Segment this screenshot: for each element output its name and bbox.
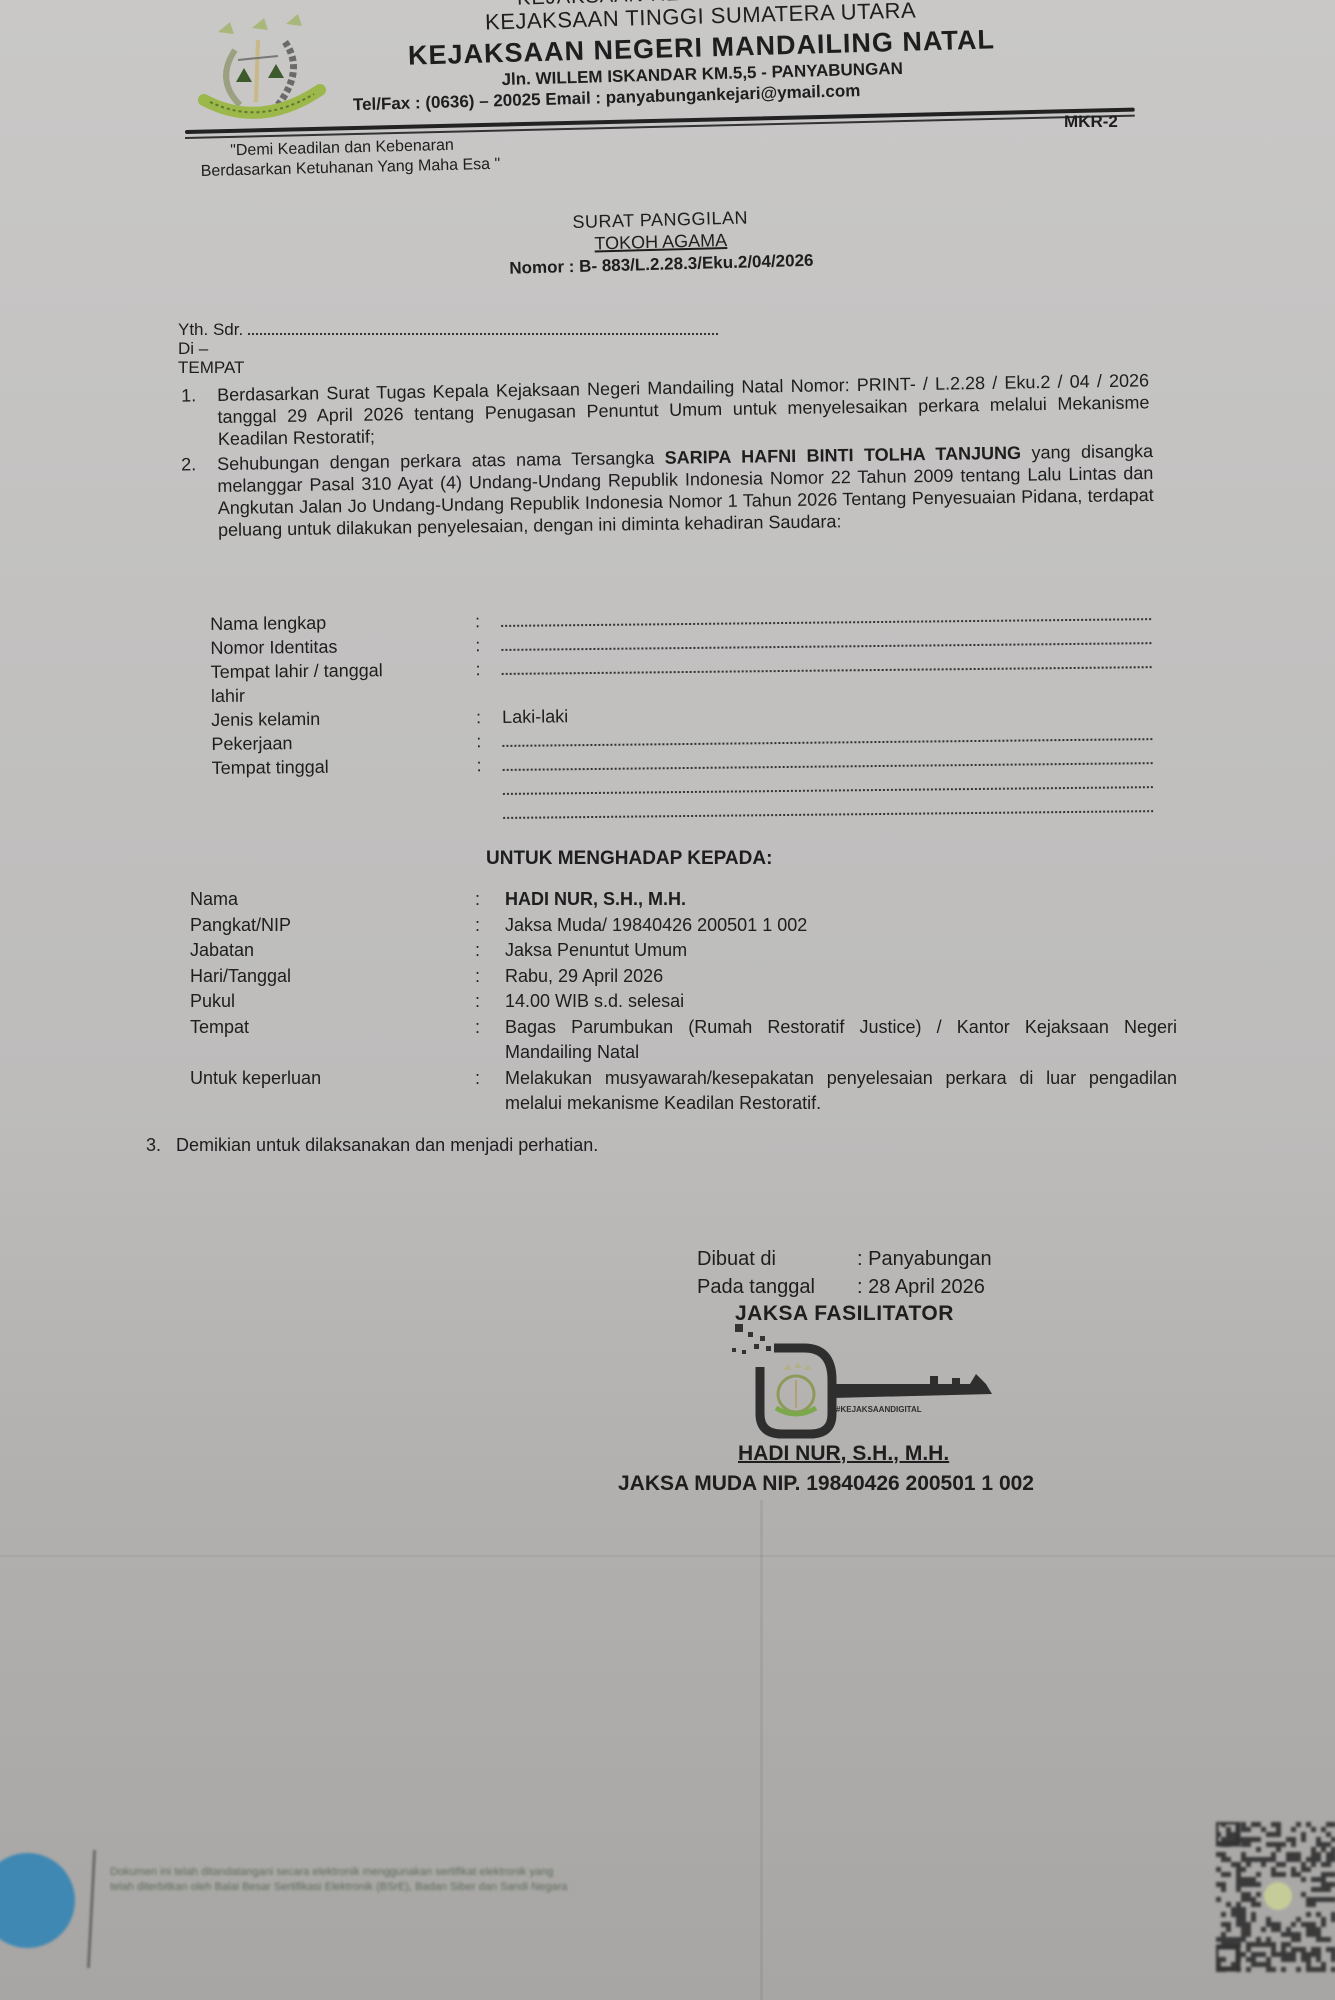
paragraph-1: 1. Berdasarkan Surat Tugas Kepala Kejaks…	[217, 369, 1150, 450]
paper-crease	[760, 1500, 763, 2000]
appointment-value: Bagas Parumbukan (Rumah Restoratif Justi…	[505, 1015, 1177, 1066]
signature-place-date: Dibuat di: Panyabungan Pada tanggal: 28 …	[697, 1245, 992, 1301]
appointment-label: Nama	[190, 887, 475, 913]
date-value: 28 April 2026	[868, 1273, 985, 1301]
paper-fold	[0, 1555, 1335, 1557]
colon: :	[475, 1066, 505, 1117]
appointment-row: Nama:HADI NUR, S.H., M.H.	[190, 887, 1177, 913]
form-code: MKR-2	[1064, 112, 1118, 132]
appointment-value: Jaksa Muda/ 19840426 200501 1 002	[505, 913, 1177, 939]
made-at-value: Panyabungan	[868, 1245, 991, 1273]
appointment-value: Melakukan musyawarah/kesepakatan penyele…	[505, 1066, 1177, 1117]
paragraph-number: 1.	[181, 384, 196, 406]
form-label: Jenis kelamin	[211, 705, 476, 732]
colon: :	[475, 913, 505, 939]
appointment-label: Pangkat/NIP	[190, 913, 475, 939]
digital-key-stamp-icon: #KEJAKSAANDIGITAL	[730, 1322, 1000, 1442]
colon: :	[476, 753, 502, 777]
appointment-label: Untuk keperluan	[190, 1066, 475, 1117]
form-label: lahir	[211, 681, 476, 708]
date-label: Pada tanggal	[697, 1273, 857, 1301]
bsre-logo-icon	[0, 1853, 75, 1948]
appointment-value: HADI NUR, S.H., M.H.	[505, 887, 1177, 913]
appointment-row: Pukul:14.00 WIB s.d. selesai	[190, 989, 1177, 1015]
svg-text:#KEJAKSAANDIGITAL: #KEJAKSAANDIGITAL	[836, 1405, 922, 1414]
appointment-value: 14.00 WIB s.d. selesai	[505, 989, 1177, 1015]
signer-name: HADI NUR, S.H., M.H.	[738, 1442, 949, 1466]
addressee: Yth. Sdr. Di – TEMPAT	[178, 320, 718, 377]
form-label	[212, 801, 477, 828]
colon: :	[475, 938, 505, 964]
appointment-value: Rabu, 29 April 2026	[505, 964, 1177, 990]
form-field: Laki-laki	[502, 704, 568, 729]
addressee-place: TEMPAT	[178, 358, 718, 377]
appointment-row: Jabatan:Jaksa Penuntut Umum	[190, 938, 1177, 964]
motto: "Demi Keadilan dan Kebenaran Berdasarkan…	[200, 135, 500, 182]
addressee-label: Yth. Sdr.	[178, 320, 243, 339]
made-at-label: Dibuat di	[697, 1245, 857, 1273]
esign-notice: Dokumen ini telah ditandatangani secara …	[110, 1865, 580, 1895]
letterhead: KEJAKSAAN REPUBLIK INDONESIA KEJAKSAAN T…	[360, 0, 1043, 116]
colon: :	[475, 887, 505, 913]
paragraph-number: 2.	[181, 453, 196, 475]
appointment-details: Nama:HADI NUR, S.H., M.H.Pangkat/NIP:Jak…	[190, 887, 1177, 1117]
appointment-value: Jaksa Penuntut Umum	[505, 938, 1177, 964]
colon: :	[476, 705, 502, 729]
form-label	[212, 777, 477, 804]
colon: :	[475, 657, 501, 681]
colon: :	[476, 729, 502, 753]
footer-divider	[87, 1850, 96, 1968]
paragraph-2: 2. Sehubungan dengan perkara atas nama T…	[217, 440, 1154, 541]
colon: :	[475, 964, 505, 990]
appointment-heading: UNTUK MENGHADAP KEPADA:	[486, 848, 772, 870]
appointment-label: Hari/Tanggal	[190, 964, 475, 990]
appointment-row: Untuk keperluan:Melakukan musyawarah/kes…	[190, 1066, 1177, 1117]
addressee-di: Di –	[178, 339, 718, 358]
form-label: Nomor Identitas	[210, 633, 475, 660]
form-label: Nama lengkap	[210, 609, 475, 636]
form-label: Tempat tinggal	[212, 753, 477, 780]
colon	[477, 777, 503, 801]
signer-rank-nip: JAKSA MUDA NIP. 19840426 200501 1 002	[618, 1472, 1034, 1496]
paragraph-3: 3. Demikian untuk dilaksanakan dan menja…	[146, 1135, 598, 1156]
appointment-row: Pangkat/NIP:Jaksa Muda/ 19840426 200501 …	[190, 913, 1177, 939]
kejaksaan-emblem-icon	[190, 10, 330, 130]
colon: :	[475, 1015, 505, 1066]
form-label: Tempat lahir / tanggal	[211, 657, 476, 684]
document-title: SURAT PANGGILAN TOKOH AGAMA Nomor : B- 8…	[460, 204, 862, 282]
colon: :	[475, 609, 501, 633]
form-label: Pekerjaan	[211, 729, 476, 756]
paragraph-text: Demikian untuk dilaksanakan dan menjadi …	[176, 1135, 598, 1155]
addressee-blank	[248, 333, 718, 335]
appointment-label: Jabatan	[190, 938, 475, 964]
paragraph-number: 3.	[146, 1135, 161, 1155]
suspect-name: SARIPA HAFNI BINTI TOLHA TANJUNG	[665, 443, 1022, 468]
colon: :	[475, 989, 505, 1015]
colon: :	[475, 633, 501, 657]
paragraph-text: Berdasarkan Surat Tugas Kepala Kejaksaan…	[217, 370, 1150, 449]
appointment-row: Hari/Tanggal:Rabu, 29 April 2026	[190, 964, 1177, 990]
invitee-form: Nama lengkap:Nomor Identitas:Tempat lahi…	[210, 602, 1153, 828]
appointment-label: Pukul	[190, 989, 475, 1015]
colon	[477, 801, 503, 825]
qr-code-icon	[1216, 1822, 1335, 1972]
appointment-label: Tempat	[190, 1015, 475, 1066]
appointment-row: Tempat:Bagas Parumbukan (Rumah Restorati…	[190, 1015, 1177, 1066]
